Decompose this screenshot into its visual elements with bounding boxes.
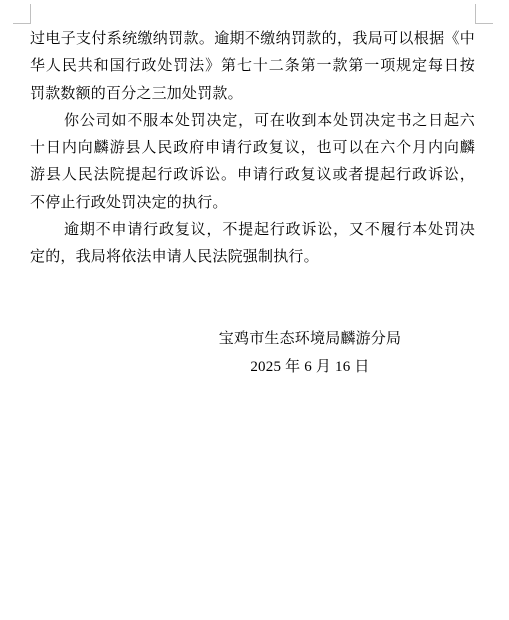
page-margin-mark-top-right <box>475 4 493 24</box>
issuing-authority: 宝鸡市生态环境局麟游分局 <box>145 326 475 353</box>
blank-line <box>30 272 475 299</box>
blank-line <box>30 299 475 326</box>
body-line: 华人民共和国行政处罚法》第七十二条第一款第一项规定每日按 <box>30 53 475 80</box>
page-margin-mark-top-left <box>13 4 31 24</box>
body-line: 过电子支付系统缴纳罚款。逾期不缴纳罚款的，我局可以根据《中 <box>30 26 475 53</box>
body-line: 罚款数额的百分之三加处罚款。 <box>30 81 475 108</box>
body-line: 你公司如不服本处罚决定，可在收到本处罚决定书之日起六 <box>30 108 475 135</box>
decision-date: 2025 年 6 月 16 日 <box>145 354 475 381</box>
body-line: 定的，我局将依法申请人民法院强制执行。 <box>30 244 475 271</box>
document-body: 过电子支付系统缴纳罚款。逾期不缴纳罚款的，我局可以根据《中 华人民共和国行政处罚… <box>30 26 475 381</box>
body-line: 不停止行政处罚决定的执行。 <box>30 190 475 217</box>
body-line: 游县人民法院提起行政诉讼。申请行政复议或者提起行政诉讼， <box>30 162 475 189</box>
body-line: 逾期不申请行政复议，不提起行政诉讼，又不履行本处罚决 <box>30 217 475 244</box>
document-page: 过电子支付系统缴纳罚款。逾期不缴纳罚款的，我局可以根据《中 华人民共和国行政处罚… <box>0 0 509 620</box>
body-line: 十日内向麟游县人民政府申请行政复议，也可以在六个月内向麟 <box>30 135 475 162</box>
